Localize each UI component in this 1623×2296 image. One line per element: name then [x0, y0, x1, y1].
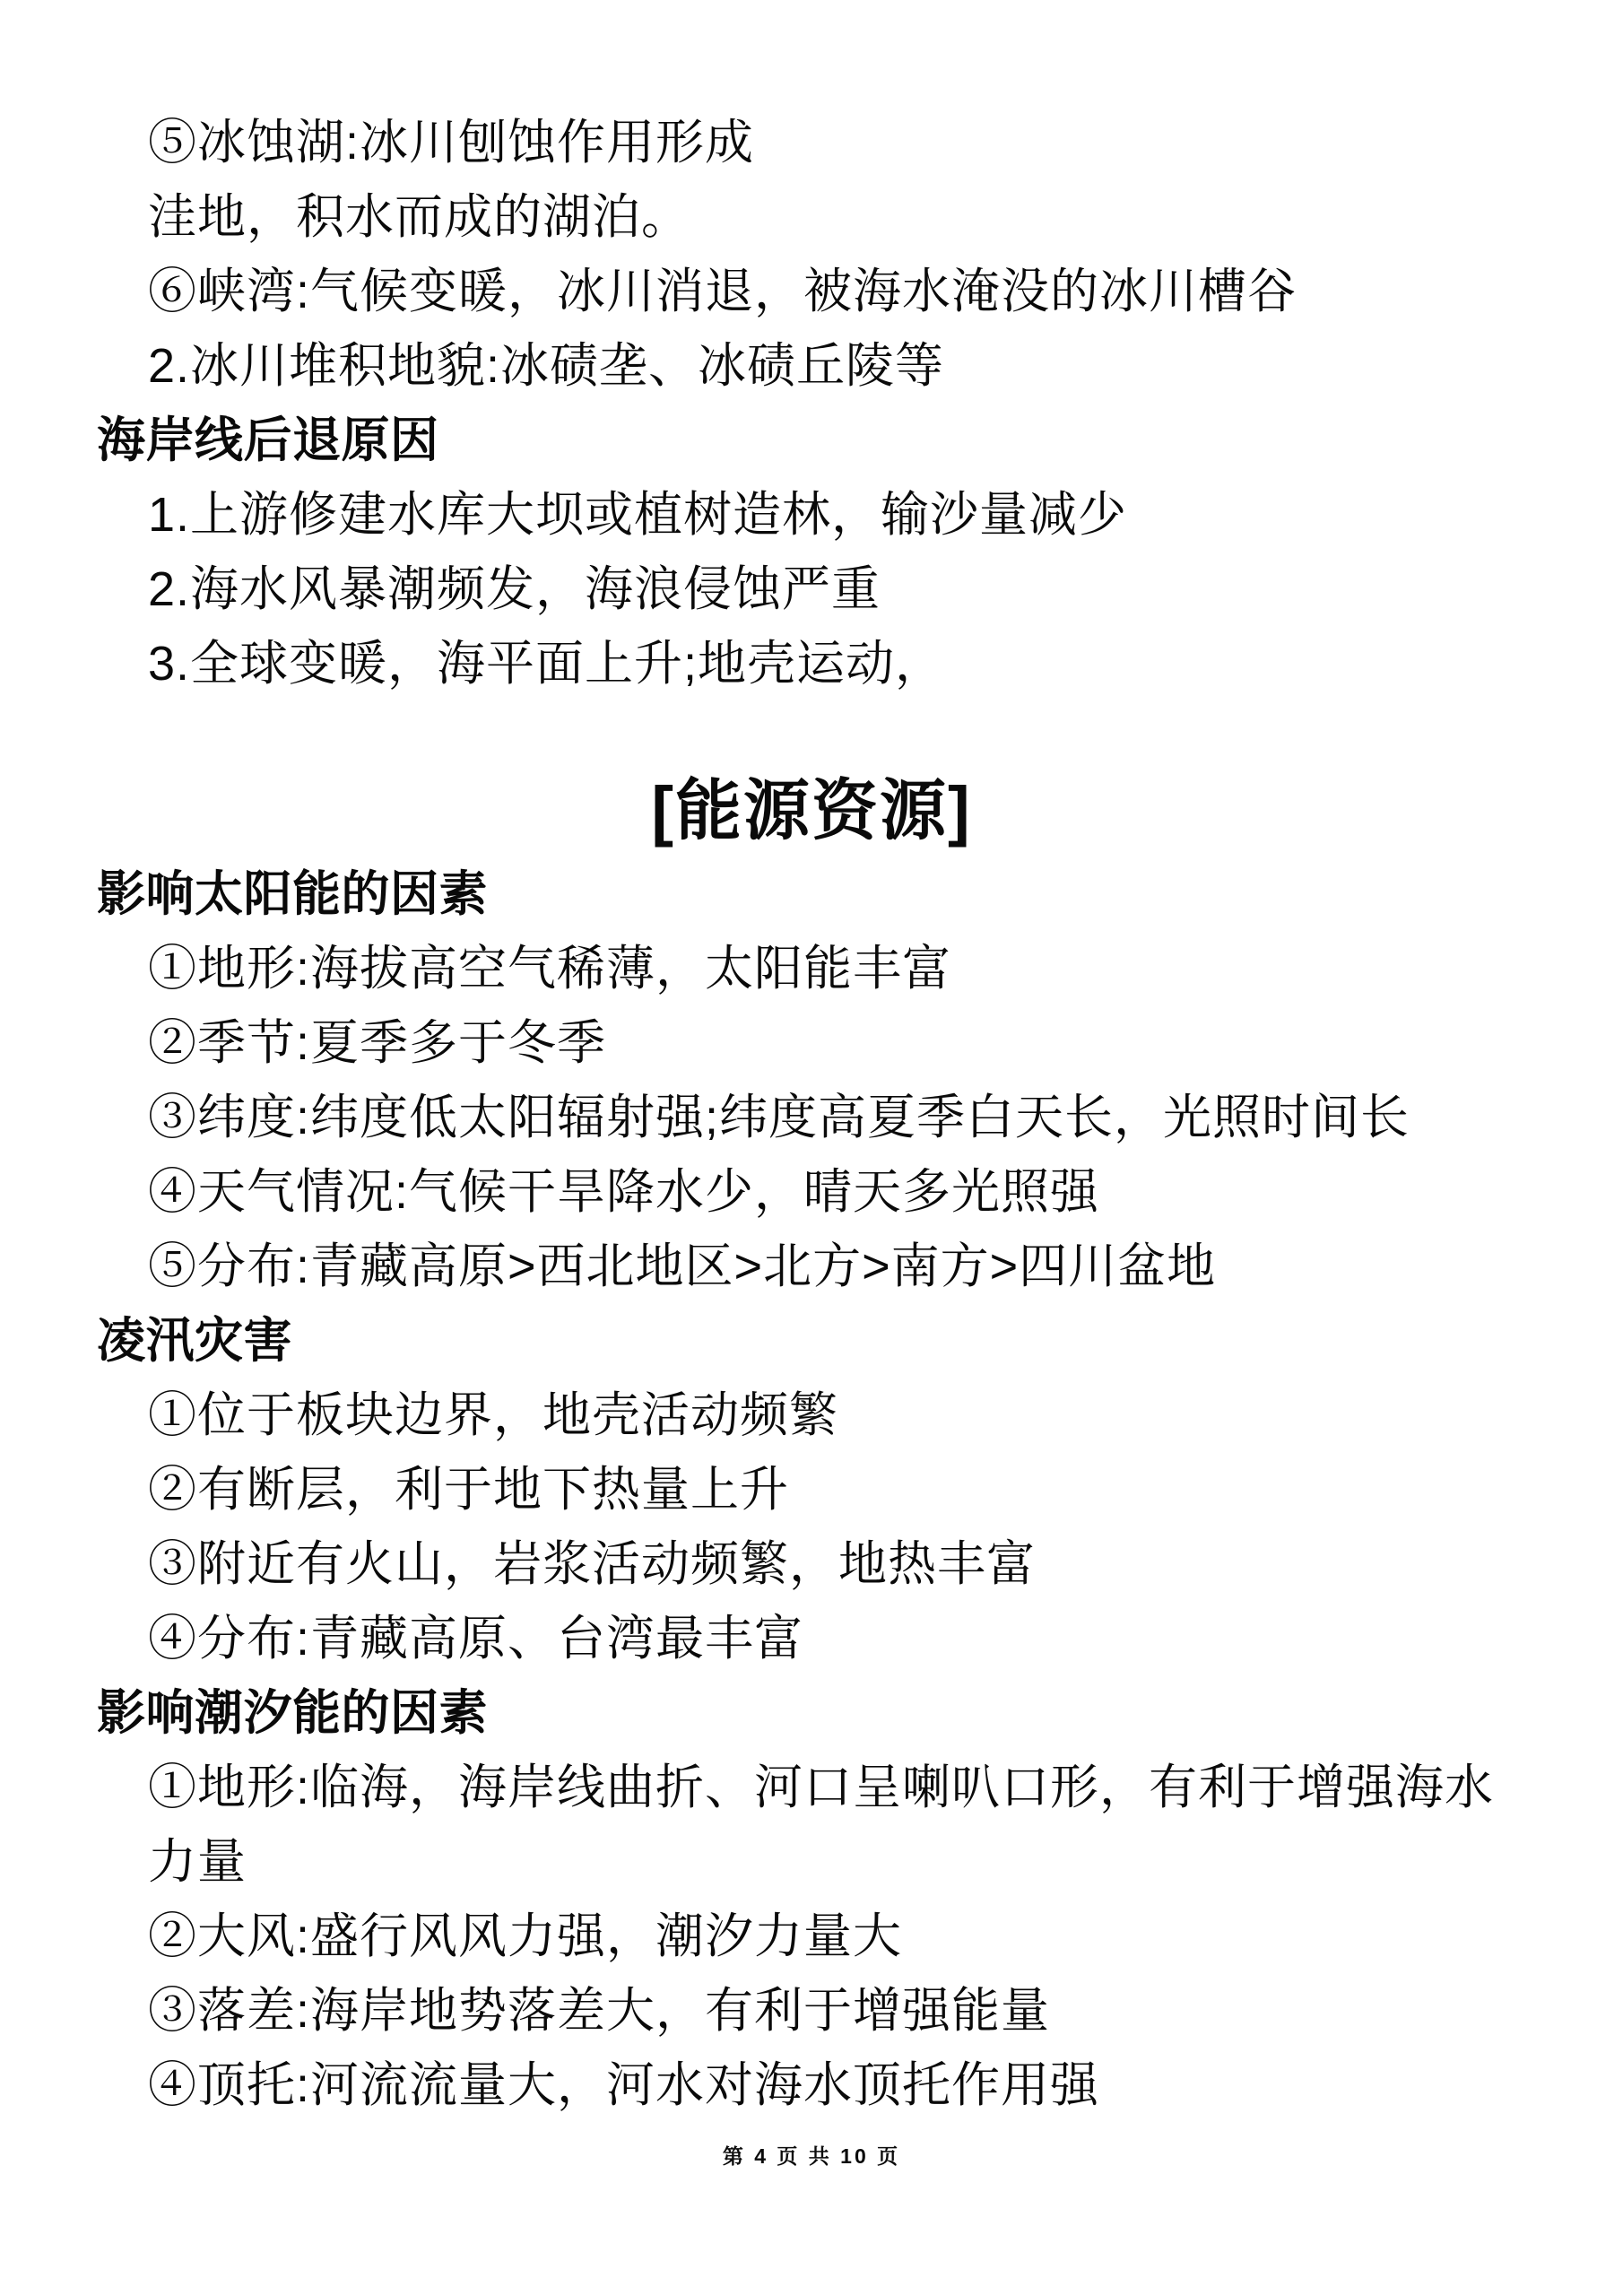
text-line: ①位于板块边界，地壳活动频繁 [0, 1378, 1623, 1453]
text-line: ④顶托:河流流量大，河水对海水顶托作用强 [0, 2048, 1623, 2123]
text-line: ④天气情况:气候干旱降水少，晴天多光照强 [0, 1155, 1623, 1230]
text-line: ③附近有火山，岩浆活动频繁，地热丰富 [0, 1527, 1623, 1602]
section-title: [能源资源] [0, 764, 1623, 857]
page-number: 第 4 页 共 10 页 [723, 2144, 900, 2168]
text-line: ①地形:临海，海岸线曲折、河口呈喇叭口形，有利于增强海水 [0, 1751, 1623, 1825]
text-line: ⑥峡湾:气候变暖，冰川消退，被海水淹没的冰川槽谷 [0, 255, 1623, 329]
section-heading: 凌汛灾害 [0, 1304, 1623, 1378]
text-line: 1.上游修建水库大坝或植树造林，输沙量减少 [0, 478, 1623, 552]
text-line: ①地形:海拔高空气稀薄，太阳能丰富 [0, 932, 1623, 1006]
text-line: ③落差:海岸地势落差大，有利于增强能量 [0, 1974, 1623, 2048]
text-line: 2.海水风暴潮频发，海浪侵蚀严重 [0, 552, 1623, 627]
text-line: 力量 [0, 1825, 1623, 1900]
notes-content: ⑤冰蚀湖:冰川刨蚀作用形成洼地，积水而成的湖泊。⑥峡湾:气候变暖，冰川消退，被海… [0, 0, 1623, 2123]
section-heading: 影响潮汐能的因素 [0, 1676, 1623, 1751]
section-heading: 影响太阳能的因素 [0, 857, 1623, 932]
section-heading: 海岸线后退原因 [0, 404, 1623, 478]
document-page: ⑤冰蚀湖:冰川刨蚀作用形成洼地，积水而成的湖泊。⑥峡湾:气候变暖，冰川消退，被海… [0, 0, 1623, 2296]
text-line: ③纬度:纬度低太阳辐射强;纬度高夏季白天长，光照时间长 [0, 1081, 1623, 1155]
text-line: ⑤分布:青藏高原>西北地区>北方>南方>四川盆地 [0, 1230, 1623, 1304]
text-line: ⑤冰蚀湖:冰川刨蚀作用形成 [0, 106, 1623, 180]
text-line: ②大风:盛行风风力强，潮汐力量大 [0, 1900, 1623, 1974]
page-footer: 第 4 页 共 10 页 [0, 2140, 1623, 2170]
text-line: 3.全球变暖，海平面上升;地壳运动， [0, 627, 1623, 701]
text-line: ④分布:青藏高原、台湾最丰富 [0, 1602, 1623, 1676]
text-line: ②有断层，利于地下热量上升 [0, 1453, 1623, 1527]
text-line: 洼地，积水而成的湖泊。 [0, 180, 1623, 255]
text-line: 2.冰川堆积地貌:冰碛垄、冰碛丘陵等 [0, 329, 1623, 404]
text-line: ②季节:夏季多于冬季 [0, 1006, 1623, 1081]
